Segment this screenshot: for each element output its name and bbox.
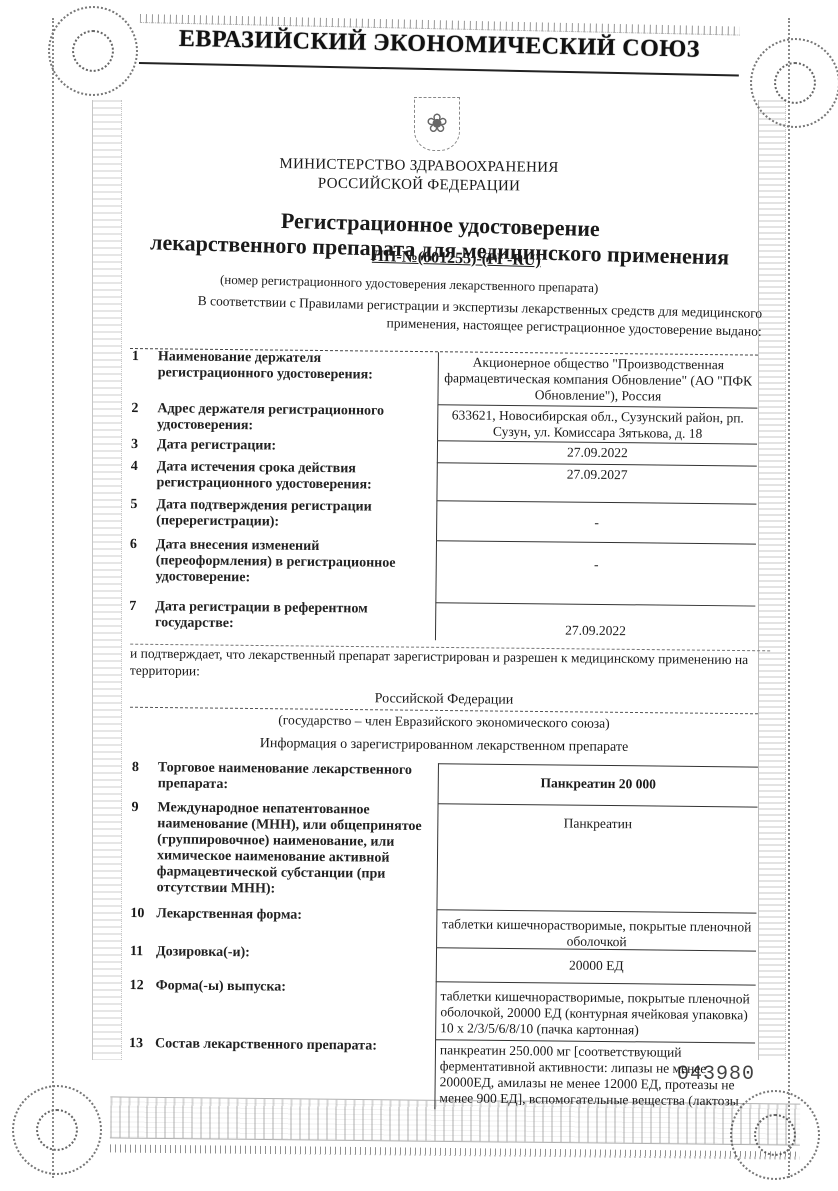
table-row: 6 Дата внесения изменений (переоформлени… [127, 537, 756, 606]
row-label: Дата регистрации в референтном государст… [155, 599, 435, 640]
row-label: Дозировка(-и): [156, 944, 436, 981]
table-row: 8 Торговое наименование лекарственного п… [130, 760, 758, 807]
row-label: Торговое наименование лекарственного пре… [158, 760, 438, 803]
table-row: 10 Лекарственная форма: таблетки кишечно… [128, 906, 756, 951]
rosette-icon [750, 38, 838, 128]
row-label: Состав лекарственного препарата: [154, 1036, 435, 1109]
row-label: Дата истечения срока действия регистраци… [156, 459, 436, 500]
row-number: 1 [129, 349, 158, 401]
row-number: 10 [128, 906, 156, 944]
row-value: - [435, 540, 756, 605]
drug-info-table: 8 Торговое наименование лекарственного п… [126, 760, 758, 1113]
table-row: 9 Международное непатентованное наименов… [128, 800, 757, 913]
table-row: 5 Дата подтверждения регистрации (перере… [128, 497, 756, 544]
border-ornament-right [758, 100, 786, 1060]
row-value: - [436, 500, 756, 543]
border-ticks [110, 1144, 800, 1159]
row-value: Акционерное общество "Производственная ф… [437, 352, 758, 407]
row-number: 13 [126, 1036, 155, 1106]
row-number: 7 [127, 599, 155, 637]
row-label: Лекарственная форма: [156, 906, 436, 947]
dosage: 20000 ЕД [436, 947, 756, 984]
row-label: Международное непатентованное наименован… [156, 800, 437, 909]
row-number: 5 [128, 497, 156, 537]
divider [139, 62, 739, 77]
row-number: 11 [128, 944, 156, 978]
row-number: 4 [128, 459, 156, 497]
rosette-icon [12, 1085, 102, 1175]
row-label: Дата внесения изменений (переоформления)… [155, 537, 436, 602]
table-row: 7 Дата регистрации в референтном государ… [127, 599, 755, 644]
row-value: 27.09.2022 [435, 602, 755, 643]
row-number: 12 [127, 978, 156, 1036]
rosette-icon [48, 6, 138, 96]
release-forms: таблетки кишечнорастворимые, покрытые пл… [435, 981, 756, 1042]
table-row: 1 Наименование держателя регистрационног… [129, 349, 758, 408]
row-value: 633621, Новосибирская обл., Сузунский ра… [437, 404, 757, 443]
row-label: Наименование держателя регистрационного … [157, 349, 438, 404]
serial-stamp: 043980 [677, 1063, 755, 1086]
union-banner: ЕВРАЗИЙСКИЙ ЭКОНОМИЧЕСКИЙ СОЮЗ [139, 14, 740, 89]
border-ornament-left [92, 100, 122, 1060]
row-number: 6 [127, 537, 156, 599]
row-label: Адрес держателя регистрационного удостов… [157, 401, 437, 440]
row-number: 3 [129, 437, 157, 459]
row-label: Дата подтверждения регистрации (перереги… [156, 497, 436, 540]
trade-name: Панкреатин 20 000 [438, 763, 758, 806]
dosage-form: таблетки кишечнорастворимые, покрытые пл… [436, 909, 756, 950]
table-row: 13 Состав лекарственного препарата: панк… [126, 1036, 755, 1113]
row-label: Форма(-ы) выпуска: [155, 978, 436, 1039]
table-row: 4 Дата истечения срока действия регистра… [128, 459, 756, 504]
row-label: Дата регистрации: [157, 437, 437, 462]
confirmation-text: и подтверждает, что лекарственный препар… [130, 644, 770, 686]
coat-of-arms-icon: ❀ [414, 97, 460, 151]
row-number: 9 [128, 800, 157, 906]
table-row: 12 Форма(-ы) выпуска: таблетки кишечнора… [127, 978, 756, 1043]
row-number: 2 [129, 401, 157, 437]
holder-info-table: 1 Наименование держателя регистрационног… [127, 348, 758, 644]
row-number: 8 [130, 760, 158, 800]
row-value: 27.09.2027 [436, 462, 756, 503]
inn-value: Панкреатин [436, 803, 757, 912]
